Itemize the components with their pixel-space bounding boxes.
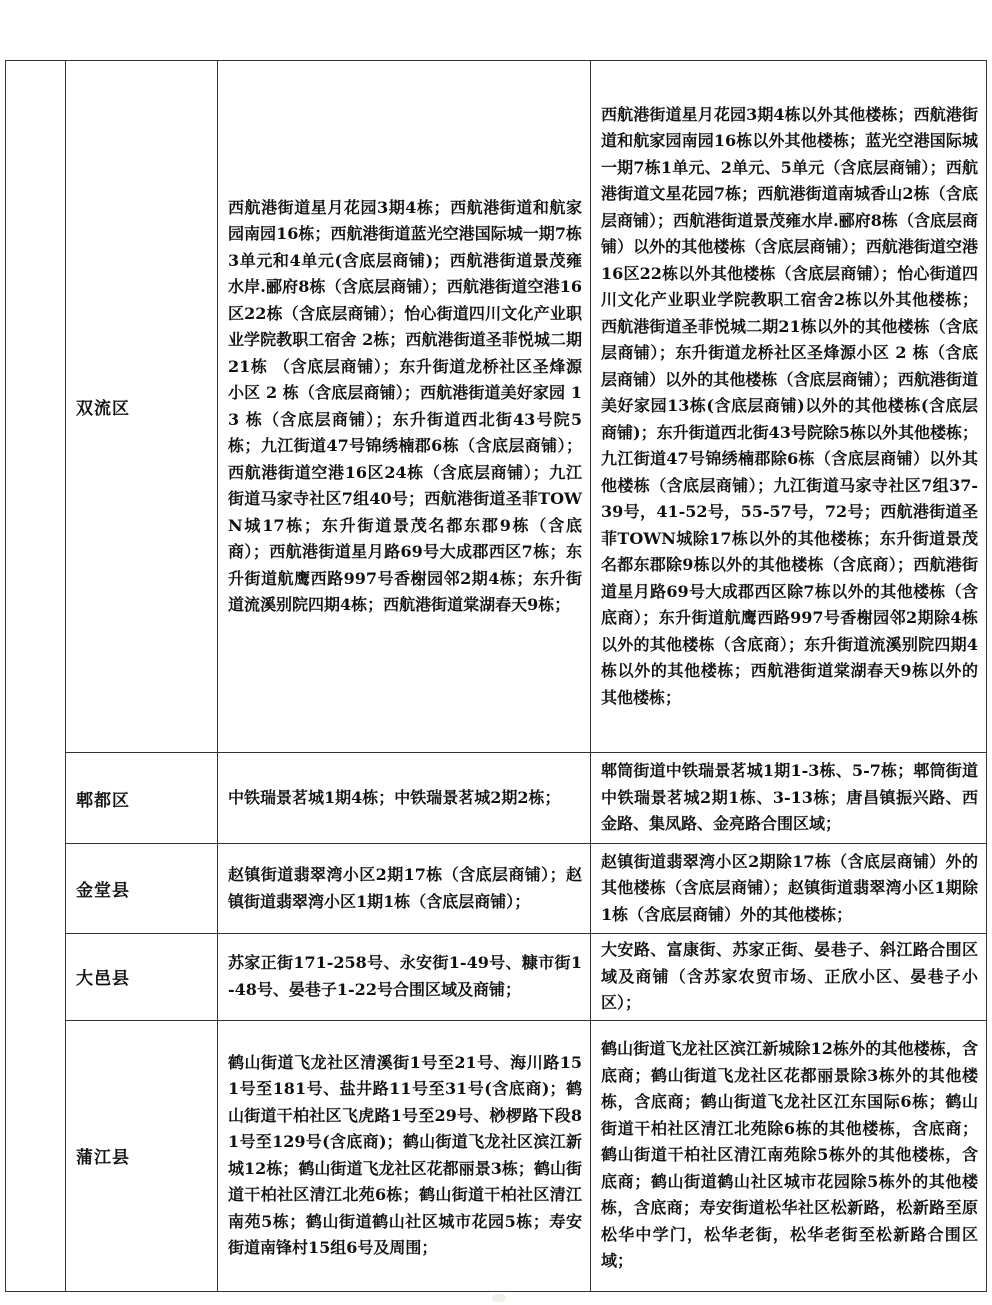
precaution-area-text: 大安路、富康街、苏家正街、晏巷子、斜江路合围区域及商铺（含苏家农贸市场、正欣小区… — [591, 934, 986, 1020]
table-row: 大邑县 苏家正街171-258号、永安街1-49号、糠市街1-48号、晏巷子1-… — [6, 934, 987, 1021]
district-name: 金堂县 — [66, 876, 217, 901]
controlled-area-cell: 苏家正街171-258号、永安街1-49号、糠市街1-48号、晏巷子1-22号合… — [218, 934, 591, 1021]
table-row: 郫都区 中铁瑞景茗城1期4栋；中铁瑞景茗城2期2栋； 郫筒街道中铁瑞景茗城1期1… — [6, 753, 987, 844]
district-cell: 大邑县 — [66, 934, 218, 1021]
district-name: 郫都区 — [66, 786, 217, 811]
controlled-area-text: 苏家正街171-258号、永安街1-49号、糠市街1-48号、晏巷子1-22号合… — [218, 947, 590, 1006]
district-cell: 蒲江县 — [66, 1020, 218, 1291]
district-cell: 双流区 — [66, 61, 218, 753]
precaution-area-cell: 西航港街道星月花园3期4栋以外其他楼栋；西航港街道和航家园南园16栋以外其他楼栋… — [591, 61, 987, 753]
controlled-area-text: 鹤山街道飞龙社区清溪街1号至21号、海川路151号至181号、盐井路11号至31… — [218, 1047, 590, 1265]
controlled-area-cell: 中铁瑞景茗城1期4栋；中铁瑞景茗城2期2栋； — [218, 753, 591, 844]
area-table: 双流区 西航港街道星月花园3期4栋；西航港街道和航家园南园16栋；西航港街道蓝光… — [5, 60, 987, 1292]
precaution-area-cell: 鹤山街道飞龙社区滨江新城除12栋外的其他楼栋，含底商；鹤山街道飞龙社区花都丽景除… — [591, 1020, 987, 1291]
precaution-area-text: 赵镇街道翡翠湾小区2期除17栋（含底层商铺）外的其他楼栋（含底层商铺）；赵镇街道… — [591, 846, 986, 932]
district-name: 蒲江县 — [66, 1143, 217, 1168]
district-name: 双流区 — [66, 394, 217, 419]
index-cell — [6, 61, 66, 1292]
table-row: 双流区 西航港街道星月花园3期4栋；西航港街道和航家园南园16栋；西航港街道蓝光… — [6, 61, 987, 753]
controlled-area-text: 中铁瑞景茗城1期4栋；中铁瑞景茗城2期2栋； — [218, 782, 590, 815]
controlled-area-text: 西航港街道星月花园3期4栋；西航港街道和航家园南园16栋；西航港街道蓝光空港国际… — [218, 192, 590, 622]
precaution-area-cell: 赵镇街道翡翠湾小区2期除17栋（含底层商铺）外的其他楼栋（含底层商铺）；赵镇街道… — [591, 844, 987, 934]
district-cell: 金堂县 — [66, 844, 218, 934]
controlled-area-text: 赵镇街道翡翠湾小区2期17栋（含底层商铺）；赵镇街道翡翠湾小区1期1栋（含底层商… — [218, 859, 590, 918]
district-cell: 郫都区 — [66, 753, 218, 844]
table-row: 蒲江县 鹤山街道飞龙社区清溪街1号至21号、海川路151号至181号、盐井路11… — [6, 1020, 987, 1291]
table-row: 金堂县 赵镇街道翡翠湾小区2期17栋（含底层商铺）；赵镇街道翡翠湾小区1期1栋（… — [6, 844, 987, 934]
page-mark — [492, 1294, 506, 1302]
precaution-area-cell: 大安路、富康街、苏家正街、晏巷子、斜江路合围区域及商铺（含苏家农贸市场、正欣小区… — [591, 934, 987, 1021]
precaution-area-text: 西航港街道星月花园3期4栋以外其他楼栋；西航港街道和航家园南园16栋以外其他楼栋… — [591, 99, 986, 715]
controlled-area-cell: 西航港街道星月花园3期4栋；西航港街道和航家园南园16栋；西航港街道蓝光空港国际… — [218, 61, 591, 753]
controlled-area-cell: 鹤山街道飞龙社区清溪街1号至21号、海川路151号至181号、盐井路11号至31… — [218, 1020, 591, 1291]
district-name: 大邑县 — [66, 964, 217, 989]
controlled-area-cell: 赵镇街道翡翠湾小区2期17栋（含底层商铺）；赵镇街道翡翠湾小区1期1栋（含底层商… — [218, 844, 591, 934]
precaution-area-cell: 郫筒街道中铁瑞景茗城1期1-3栋、5-7栋；郫筒街道中铁瑞景茗城2期1栋、3-1… — [591, 753, 987, 844]
precaution-area-text: 郫筒街道中铁瑞景茗城1期1-3栋、5-7栋；郫筒街道中铁瑞景茗城2期1栋、3-1… — [591, 755, 986, 841]
precaution-area-text: 鹤山街道飞龙社区滨江新城除12栋外的其他楼栋，含底商；鹤山街道飞龙社区花都丽景除… — [591, 1033, 986, 1278]
